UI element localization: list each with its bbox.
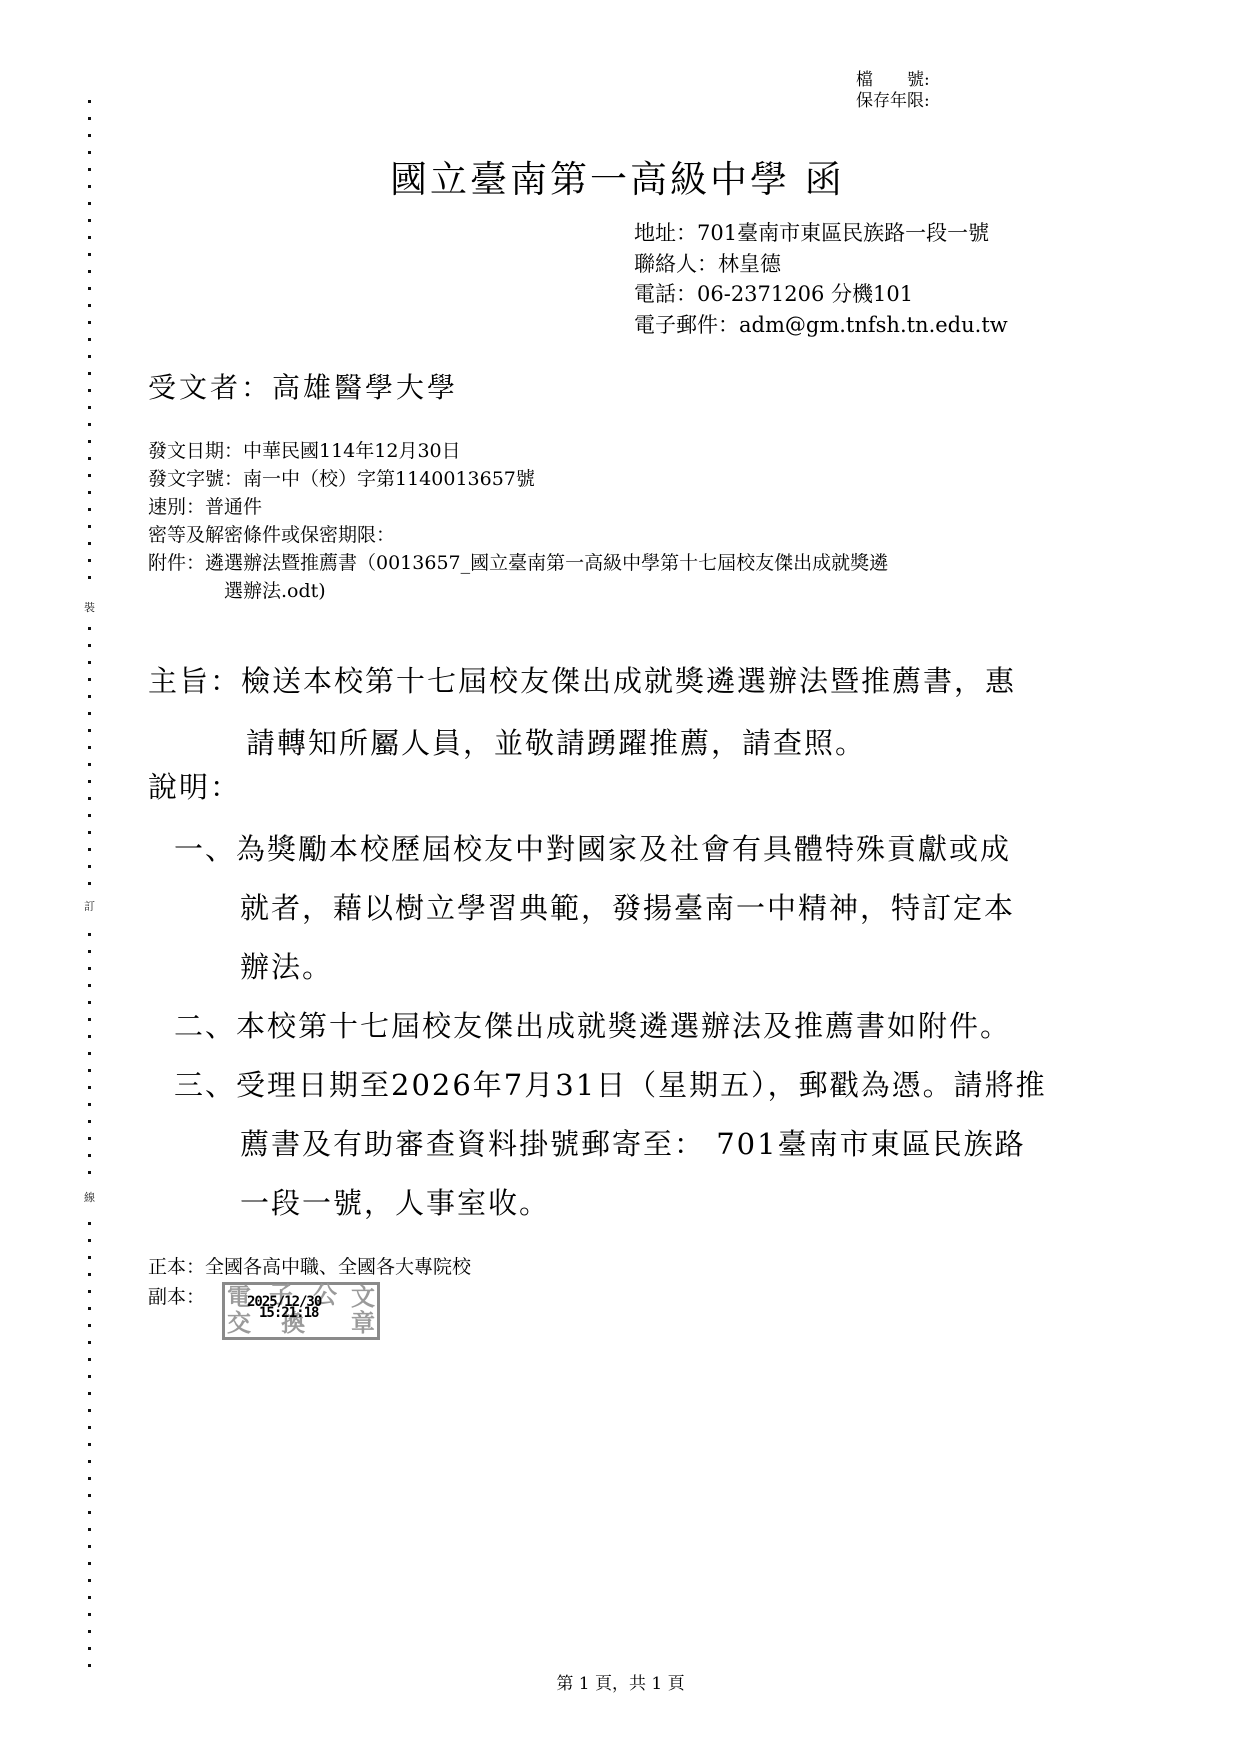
margin-dot [88, 882, 91, 885]
margin-dot [88, 1256, 91, 1259]
margin-dot [88, 933, 91, 936]
margin-dot [88, 814, 91, 817]
electronic-exchange-stamp: 電 子 公 文 交 換 章 2025/12/30 15:21:18 [222, 1282, 380, 1340]
margin-dot [88, 1477, 91, 1480]
margin-dot [88, 950, 91, 953]
contact-email: 電子郵件：adm@gm.tnfsh.tn.edu.tw [634, 310, 1008, 341]
margin-dot [88, 1545, 91, 1548]
margin-dot [88, 1324, 91, 1327]
margin-dot [88, 1460, 91, 1463]
recipient-value: 高雄醫學大學 [272, 371, 458, 404]
margin-dot [88, 1273, 91, 1276]
explanation-item-1-line-3: 辦法。 [174, 938, 1047, 997]
margin-dot [88, 1358, 91, 1361]
binding-label-zhuang: 裝 [84, 602, 95, 614]
explanation-item-1-line-1: 一、為獎勵本校歷屆校友中對國家及社會有具體特殊貢獻或成 [174, 820, 1047, 879]
margin-dot [88, 1239, 91, 1242]
margin-dot [88, 627, 91, 630]
retention-period-label: 保存年限: [856, 91, 930, 112]
document-number: 發文字號：南一中（校）字第1140013657號 [148, 465, 888, 493]
attachment-line-1: 附件：遴選辦法暨推薦書（0013657_國立臺南第一高級中學第十七屆校友傑出成就… [148, 549, 888, 577]
margin-dot [88, 984, 91, 987]
explanation-item-1-line-2: 就者，藉以樹立學習典範，發揚臺南一中精神，特訂定本 [174, 879, 1047, 938]
margin-dot [88, 746, 91, 749]
contact-person: 聯絡人：林皇德 [634, 249, 1008, 280]
margin-dot [88, 763, 91, 766]
margin-dot [88, 695, 91, 698]
binding-label-xian: 線 [84, 1192, 95, 1204]
margin-dot [88, 338, 91, 341]
margin-dot [88, 848, 91, 851]
margin-dot [88, 797, 91, 800]
margin-dot [88, 1069, 91, 1072]
explanation-item-3-line-3: 一段一號，人事室收。 [174, 1174, 1047, 1233]
margin-dot [88, 287, 91, 290]
explanation-item-2-line-1: 二、本校第十七屆校友傑出成就獎遴選辦法及推薦書如附件。 [174, 997, 1047, 1056]
document-title: 國立臺南第一高級中學 函 [390, 158, 845, 202]
binding-margin-dotted-line [88, 100, 92, 1680]
margin-dot [88, 1562, 91, 1565]
original-recipients: 正本：全國各高中職、全國各大專院校 [148, 1252, 471, 1282]
binding-label-ding: 訂 [84, 901, 95, 913]
margin-dot [88, 168, 91, 171]
subject-line-2: 請轉知所屬人員，並敬請踴躍推薦，請查照。 [148, 712, 1016, 774]
margin-dot [88, 1137, 91, 1140]
delivery-speed: 速別：普通件 [148, 493, 888, 521]
explanation-item-3-line-2: 薦書及有助審查資料掛號郵寄至： 701臺南市東區民族路 [174, 1115, 1047, 1174]
contact-phone: 電話：06-2371206 分機101 [634, 279, 1008, 310]
margin-dot [88, 440, 91, 443]
stamp-time: 15:21:18 [259, 1307, 318, 1320]
stamp-char: 章 [351, 1311, 375, 1335]
document-meta-block: 發文日期：中華民國114年12月30日 發文字號：南一中（校）字第1140013… [148, 437, 888, 605]
margin-dot [88, 1001, 91, 1004]
margin-dot [88, 117, 91, 120]
margin-dot [88, 372, 91, 375]
margin-dot [88, 1171, 91, 1174]
margin-dot [88, 1511, 91, 1514]
issue-date: 發文日期：中華民國114年12月30日 [148, 437, 888, 465]
margin-dot [88, 1307, 91, 1310]
margin-dot [88, 644, 91, 647]
margin-dot [88, 1443, 91, 1446]
margin-dot [88, 321, 91, 324]
recipient-line: 受文者：高雄醫學大學 [148, 370, 458, 406]
explanation-label: 說明： [148, 768, 241, 806]
margin-dot [88, 1375, 91, 1378]
margin-dot [88, 1290, 91, 1293]
margin-dot [88, 559, 91, 562]
margin-dot [88, 1222, 91, 1225]
recipient-label: 受文者： [148, 371, 272, 404]
margin-dot [88, 967, 91, 970]
margin-dot [88, 134, 91, 137]
attachment-line-2: 選辦法.odt) [148, 577, 888, 605]
subject-line-1: 主旨：檢送本校第十七屆校友傑出成就獎遴選辦法暨推薦書，惠 [148, 650, 1016, 712]
margin-dot [88, 508, 91, 511]
margin-dot [88, 1018, 91, 1021]
explanation-item-1: 一、為獎勵本校歷屆校友中對國家及社會有具體特殊貢獻或成 就者，藉以樹立學習典範，… [174, 820, 1047, 997]
margin-dot [88, 1426, 91, 1429]
margin-dot [88, 1120, 91, 1123]
margin-dot [88, 406, 91, 409]
sender-address: 地址：701臺南市東區民族路一段一號 [634, 218, 1008, 249]
margin-dot [88, 712, 91, 715]
margin-dot [88, 780, 91, 783]
margin-dot [88, 304, 91, 307]
margin-dot [88, 355, 91, 358]
file-number-label: 檔 號: [856, 70, 930, 91]
page-number-footer: 第 1 頁，共 1 頁 [0, 1674, 1241, 1694]
explanation-items: 一、為獎勵本校歷屆校友中對國家及社會有具體特殊貢獻或成 就者，藉以樹立學習典範，… [174, 820, 1047, 1233]
margin-dot [88, 491, 91, 494]
sender-contact-block: 地址：701臺南市東區民族路一段一號 聯絡人：林皇德 電話：06-2371206… [634, 218, 1008, 340]
margin-dot [88, 542, 91, 545]
margin-dot [88, 202, 91, 205]
margin-dot [88, 1154, 91, 1157]
margin-dot [88, 1392, 91, 1395]
margin-dot [88, 1086, 91, 1089]
margin-dot [88, 678, 91, 681]
margin-dot [88, 389, 91, 392]
explanation-item-3-line-1: 三、受理日期至2026年7月31日（星期五），郵戳為憑。請將推 [174, 1056, 1047, 1115]
margin-dot [88, 474, 91, 477]
margin-dot [88, 1103, 91, 1106]
stamp-char: 文 [351, 1285, 375, 1309]
margin-dot [88, 576, 91, 579]
margin-dot [88, 100, 91, 103]
explanation-item-3: 三、受理日期至2026年7月31日（星期五），郵戳為憑。請將推 薦書及有助審查資… [174, 1056, 1047, 1233]
margin-dot [88, 1052, 91, 1055]
file-meta: 檔 號: 保存年限: [856, 70, 930, 112]
margin-dot [88, 236, 91, 239]
subject-block: 主旨：檢送本校第十七屆校友傑出成就獎遴選辦法暨推薦書，惠 請轉知所屬人員，並敬請… [148, 650, 1016, 774]
margin-dot [88, 1664, 91, 1667]
stamp-char: 交 [227, 1311, 251, 1335]
margin-dot [88, 270, 91, 273]
margin-dot [88, 1528, 91, 1531]
margin-dot [88, 1409, 91, 1412]
margin-dot [88, 1494, 91, 1497]
margin-dot [88, 1596, 91, 1599]
margin-dot [88, 423, 91, 426]
margin-dot [88, 1035, 91, 1038]
margin-dot [88, 185, 91, 188]
margin-dot [88, 1630, 91, 1633]
margin-dot [88, 525, 91, 528]
margin-dot [88, 219, 91, 222]
classification-level: 密等及解密條件或保密期限： [148, 521, 888, 549]
margin-dot [88, 1647, 91, 1650]
margin-dot [88, 661, 91, 664]
margin-dot [88, 1579, 91, 1582]
margin-dot [88, 1341, 91, 1344]
margin-dot [88, 865, 91, 868]
margin-dot [88, 729, 91, 732]
margin-dot [88, 151, 91, 154]
margin-dot [88, 831, 91, 834]
explanation-item-2: 二、本校第十七屆校友傑出成就獎遴選辦法及推薦書如附件。 [174, 997, 1047, 1056]
margin-dot [88, 457, 91, 460]
margin-dot [88, 1613, 91, 1616]
margin-dot [88, 253, 91, 256]
